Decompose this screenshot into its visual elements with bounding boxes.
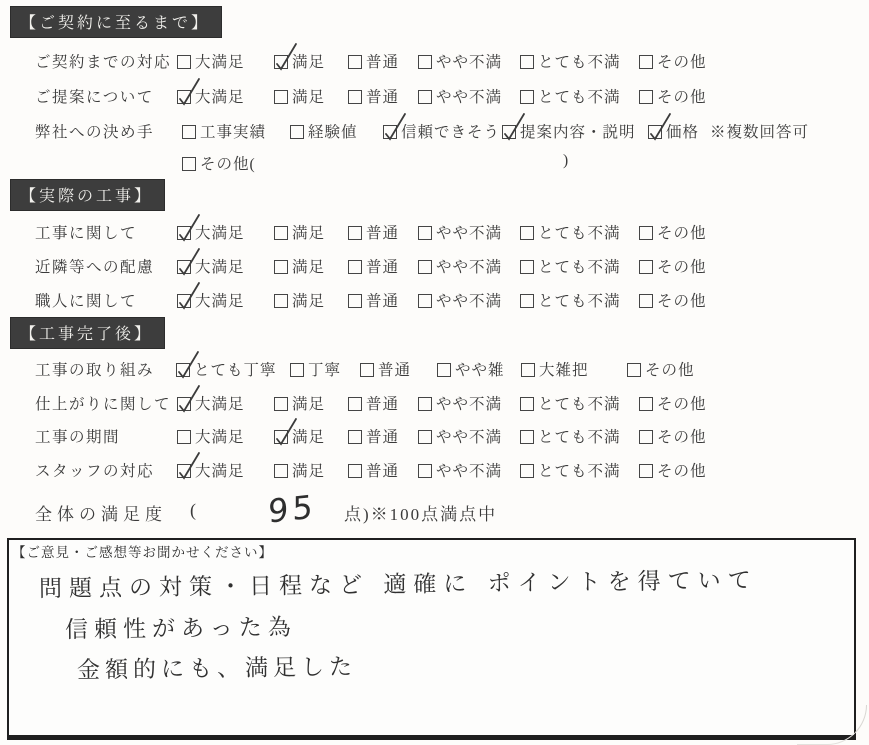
checkbox-checked <box>177 294 191 308</box>
check-mark-icon <box>175 75 203 107</box>
option-label: その他( <box>200 156 256 173</box>
option-label: やや不満 <box>436 463 502 480</box>
overall-score-suffix: 点)※100点満点中 <box>344 500 497 525</box>
checkbox-unchecked <box>274 90 288 104</box>
survey-option: 大満足 <box>177 392 245 414</box>
checkbox-unchecked <box>437 363 451 377</box>
survey-option: 満足 <box>274 255 325 277</box>
check-mark-icon <box>272 415 300 447</box>
survey-option: やや不満 <box>418 425 502 447</box>
checkbox-unchecked <box>177 55 191 69</box>
row-label: ご提案について <box>35 85 154 107</box>
survey-option: とても不満 <box>520 221 621 243</box>
checkbox-unchecked <box>274 294 288 308</box>
checkbox-checked <box>177 90 191 104</box>
checkbox-unchecked <box>348 90 362 104</box>
checkbox-unchecked <box>520 397 534 411</box>
check-mark-icon <box>175 279 203 311</box>
survey-option: 大満足 <box>177 85 245 107</box>
checkbox-unchecked <box>274 397 288 411</box>
survey-row: 工事に関して 大満足満足普通やや不満とても不満その他 <box>0 221 869 243</box>
checkbox-unchecked <box>639 55 653 69</box>
survey-row: 工事の取り組み とても丁寧丁寧普通やや雑大雑把その他 <box>0 358 869 380</box>
survey-row: スタッフの対応 大満足満足普通やや不満とても不満その他 <box>0 459 869 481</box>
survey-option: その他( <box>182 152 256 174</box>
survey-option: やや不満 <box>418 85 502 107</box>
checkbox-unchecked <box>639 90 653 104</box>
checkbox-unchecked <box>520 464 534 478</box>
survey-option: 工事実績 <box>182 120 266 142</box>
handwritten-comment-line-2: 信頼性があった為 <box>65 609 297 645</box>
survey-option: 大雑把 <box>521 358 589 380</box>
checkbox-unchecked <box>520 226 534 240</box>
survey-option: 普通 <box>348 289 399 311</box>
survey-option: その他 <box>639 85 707 107</box>
option-label: 普通 <box>366 54 399 71</box>
checkbox-unchecked <box>418 430 432 444</box>
checkbox-unchecked <box>627 363 641 377</box>
option-label: とても丁寧 <box>194 362 277 379</box>
checkbox-unchecked <box>360 363 374 377</box>
row-label: 工事に関して <box>35 221 137 243</box>
survey-option: 大満足 <box>177 459 245 481</box>
option-label: その他 <box>657 429 707 446</box>
option-label: その他 <box>645 362 695 379</box>
survey-option: 普通 <box>348 255 399 277</box>
row-label: ご契約までの対応 <box>35 50 171 72</box>
option-label: やや不満 <box>436 54 502 71</box>
option-label: 丁寧 <box>308 362 341 379</box>
overall-open-paren: ( <box>190 500 196 521</box>
option-label: やや不満 <box>436 429 502 446</box>
check-mark-icon <box>500 110 528 142</box>
checkbox-unchecked <box>348 260 362 274</box>
survey-option: 普通 <box>348 392 399 414</box>
survey-option: その他 <box>639 221 707 243</box>
option-label: その他 <box>657 293 707 310</box>
survey-option: 満足 <box>274 459 325 481</box>
checkbox-checked <box>176 363 190 377</box>
survey-option: その他 <box>639 459 707 481</box>
option-label: 満足 <box>292 293 325 310</box>
multiple-answers-note: ※複数回答可 <box>710 120 809 142</box>
checkbox-unchecked <box>348 226 362 240</box>
survey-option: その他 <box>639 425 707 447</box>
survey-option: 経験値 <box>290 120 358 142</box>
survey-option: とても不満 <box>520 289 621 311</box>
option-label: とても不満 <box>538 225 621 242</box>
section-header-actual-work: 【実際の工事】 <box>10 179 165 211</box>
survey-option: 大満足 <box>177 50 245 72</box>
survey-option: やや不満 <box>418 392 502 414</box>
checkbox-unchecked <box>639 294 653 308</box>
option-label: やや不満 <box>436 293 502 310</box>
option-label: やや雑 <box>455 362 505 379</box>
survey-option: 価格 <box>648 120 699 142</box>
option-label: 普通 <box>378 362 411 379</box>
option-label: 普通 <box>366 259 399 276</box>
option-label: 信頼できそう <box>401 124 500 141</box>
survey-option: とても不満 <box>520 85 621 107</box>
option-label: その他 <box>657 259 707 276</box>
row-label: スタッフの対応 <box>35 459 154 481</box>
survey-option: 普通 <box>348 85 399 107</box>
checkbox-unchecked <box>348 430 362 444</box>
checkbox-checked <box>177 464 191 478</box>
section-header-after-completion: 【工事完了後】 <box>10 317 165 349</box>
survey-option: 満足 <box>274 221 325 243</box>
survey-option: とても不満 <box>520 255 621 277</box>
survey-option: やや不満 <box>418 289 502 311</box>
checkbox-unchecked <box>639 226 653 240</box>
checkbox-unchecked <box>290 125 304 139</box>
survey-option: 普通 <box>360 358 411 380</box>
survey-row: 職人に関して 大満足満足普通やや不満とても不満その他 <box>0 289 869 311</box>
row-label: 近隣等への配慮 <box>35 255 154 277</box>
check-mark-icon <box>175 382 203 414</box>
check-mark-icon <box>272 40 300 72</box>
survey-row: 仕上がりに関して 大満足満足普通やや不満とても不満その他 <box>0 392 869 414</box>
row-label: 仕上がりに関して <box>35 392 171 414</box>
option-label: 普通 <box>366 463 399 480</box>
survey-option: やや不満 <box>418 255 502 277</box>
survey-option: 満足 <box>274 392 325 414</box>
option-label: 普通 <box>366 225 399 242</box>
option-label: とても不満 <box>538 259 621 276</box>
survey-option: とても不満 <box>520 425 621 447</box>
option-label: とても不満 <box>538 429 621 446</box>
survey-option: その他 <box>639 289 707 311</box>
checkbox-unchecked <box>182 157 196 171</box>
handwritten-comment-line-1: 問題点の対策・日程など 適確に ポイントを得ていて <box>39 562 758 604</box>
option-label: とても不満 <box>538 89 621 106</box>
survey-option: 提案内容・説明 <box>502 120 636 142</box>
close-paren: ) <box>563 152 568 170</box>
checkbox-unchecked <box>639 464 653 478</box>
survey-option: やや不満 <box>418 221 502 243</box>
checkbox-unchecked <box>348 294 362 308</box>
overall-satisfaction-row: 全体の満足度 ( 95 点)※100点満点中 <box>0 500 869 530</box>
survey-row: ご契約までの対応 大満足満足普通やや不満とても不満その他 <box>0 50 869 72</box>
option-label: 満足 <box>292 259 325 276</box>
survey-option: やや不満 <box>418 50 502 72</box>
option-label: 普通 <box>366 293 399 310</box>
option-label: やや不満 <box>436 259 502 276</box>
survey-row: その他() <box>0 152 869 174</box>
checkbox-unchecked <box>520 90 534 104</box>
row-label: 工事の期間 <box>35 425 120 447</box>
check-mark-icon <box>175 245 203 277</box>
option-label: 大満足 <box>195 429 245 446</box>
option-label: 大満足 <box>195 54 245 71</box>
survey-row: 弊社への決め手 工事実績経験値信頼できそう提案内容・説明価格※複数回答可 <box>0 120 869 142</box>
checkbox-unchecked <box>521 363 535 377</box>
checkbox-unchecked <box>348 397 362 411</box>
survey-option: 普通 <box>348 425 399 447</box>
overall-score-handwritten: 95 <box>268 487 316 530</box>
checkbox-checked <box>177 397 191 411</box>
option-label: とても不満 <box>538 54 621 71</box>
check-mark-icon <box>646 110 674 142</box>
checkbox-checked <box>502 125 516 139</box>
checkbox-unchecked <box>418 464 432 478</box>
option-label: 大雑把 <box>539 362 589 379</box>
checkbox-checked <box>383 125 397 139</box>
checkbox-unchecked <box>639 260 653 274</box>
survey-option: その他 <box>639 392 707 414</box>
option-label: 経験値 <box>308 124 358 141</box>
checkbox-checked <box>177 260 191 274</box>
check-mark-icon <box>174 348 202 380</box>
option-label: とても不満 <box>538 463 621 480</box>
survey-option: 普通 <box>348 221 399 243</box>
checkbox-checked <box>274 430 288 444</box>
row-label: 職人に関して <box>35 289 137 311</box>
option-label: 満足 <box>292 463 325 480</box>
check-mark-icon <box>381 110 409 142</box>
survey-option: やや雑 <box>437 358 505 380</box>
comments-box: 【ご意見・ご感想等お聞かせください】 問題点の対策・日程など 適確に ポイントを… <box>7 538 856 740</box>
option-label: とても不満 <box>538 293 621 310</box>
checkbox-unchecked <box>348 464 362 478</box>
check-mark-icon <box>175 449 203 481</box>
checkbox-checked <box>177 226 191 240</box>
option-label: 満足 <box>292 396 325 413</box>
option-label: その他 <box>657 54 707 71</box>
survey-option: 普通 <box>348 50 399 72</box>
section-header-before-contract: 【ご契約に至るまで】 <box>10 6 222 38</box>
checkbox-checked <box>274 55 288 69</box>
survey-option: 満足 <box>274 425 325 447</box>
checkbox-unchecked <box>348 55 362 69</box>
overall-label: 全体の満足度 <box>35 500 167 525</box>
checkbox-unchecked <box>520 260 534 274</box>
checkbox-unchecked <box>639 430 653 444</box>
checkbox-unchecked <box>290 363 304 377</box>
checkbox-unchecked <box>274 226 288 240</box>
survey-option: 普通 <box>348 459 399 481</box>
option-label: 提案内容・説明 <box>520 124 636 141</box>
survey-option: 丁寧 <box>290 358 341 380</box>
handwritten-comment-line-3: 金額的にも、満足した <box>77 648 357 684</box>
survey-option: その他 <box>627 358 695 380</box>
row-label: 弊社への決め手 <box>35 120 154 142</box>
option-label: その他 <box>657 89 707 106</box>
survey-option: とても不満 <box>520 392 621 414</box>
checkbox-unchecked <box>274 464 288 478</box>
survey-option: 信頼できそう <box>383 120 500 142</box>
checkbox-unchecked <box>520 294 534 308</box>
checkbox-unchecked <box>418 260 432 274</box>
survey-option: 大満足 <box>177 221 245 243</box>
option-label: その他 <box>657 396 707 413</box>
checkbox-unchecked <box>182 125 196 139</box>
survey-row: 近隣等への配慮 大満足満足普通やや不満とても不満その他 <box>0 255 869 277</box>
checkbox-unchecked <box>418 55 432 69</box>
checkbox-unchecked <box>520 430 534 444</box>
comments-title: 【ご意見・ご感想等お聞かせください】 <box>12 541 273 561</box>
survey-option: やや不満 <box>418 459 502 481</box>
option-label: その他 <box>657 463 707 480</box>
checkbox-unchecked <box>520 55 534 69</box>
option-label: その他 <box>657 225 707 242</box>
option-label: 普通 <box>366 429 399 446</box>
survey-option: 大満足 <box>177 425 245 447</box>
checkbox-unchecked <box>639 397 653 411</box>
option-label: 普通 <box>366 89 399 106</box>
checkbox-unchecked <box>418 226 432 240</box>
survey-row: ご提案について 大満足満足普通やや不満とても不満その他 <box>0 85 869 107</box>
option-label: やや不満 <box>436 396 502 413</box>
option-label: 満足 <box>292 89 325 106</box>
check-mark-icon <box>175 211 203 243</box>
survey-option: とても不満 <box>520 459 621 481</box>
survey-option: とても丁寧 <box>176 358 277 380</box>
survey-row: 工事の期間 大満足満足普通やや不満とても不満その他 <box>0 425 869 447</box>
survey-option: その他 <box>639 50 707 72</box>
option-label: とても不満 <box>538 396 621 413</box>
row-label: 工事の取り組み <box>35 358 154 380</box>
checkbox-unchecked <box>418 294 432 308</box>
survey-option: その他 <box>639 255 707 277</box>
survey-option: 満足 <box>274 50 325 72</box>
scanned-survey-form: 【ご契約に至るまで】 【実際の工事】 【工事完了後】 ご契約までの対応 大満足満… <box>0 0 869 745</box>
checkbox-unchecked <box>177 430 191 444</box>
checkbox-unchecked <box>274 260 288 274</box>
survey-option: とても不満 <box>520 50 621 72</box>
checkbox-checked <box>648 125 662 139</box>
survey-option: 大満足 <box>177 289 245 311</box>
option-label: やや不満 <box>436 225 502 242</box>
checkbox-unchecked <box>418 397 432 411</box>
checkbox-unchecked <box>418 90 432 104</box>
option-label: 満足 <box>292 225 325 242</box>
survey-option: 満足 <box>274 289 325 311</box>
survey-option: 大満足 <box>177 255 245 277</box>
option-label: 工事実績 <box>200 124 266 141</box>
survey-option: 満足 <box>274 85 325 107</box>
option-label: 普通 <box>366 396 399 413</box>
option-label: やや不満 <box>436 89 502 106</box>
